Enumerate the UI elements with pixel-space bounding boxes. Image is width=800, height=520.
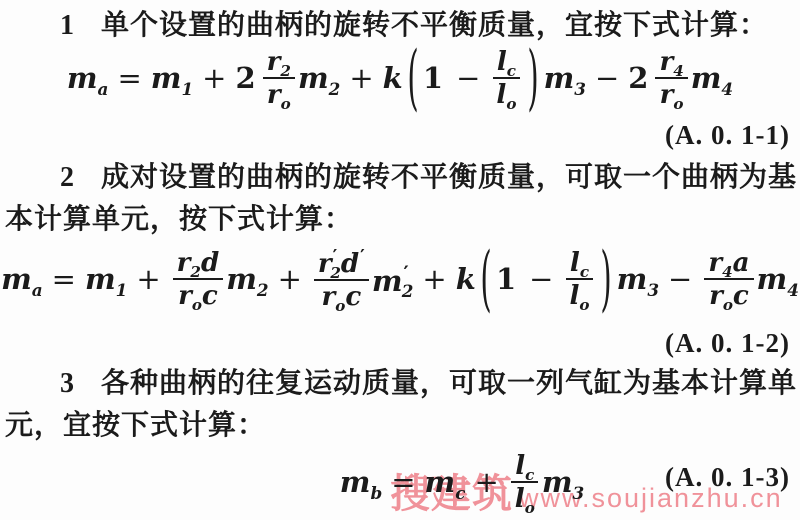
clause-1-text: 单个设置的曲柄的旋转不平衡质量，宜按下式计算： [101, 9, 768, 40]
document-page: 1单个设置的曲柄的旋转不平衡质量，宜按下式计算： ma=m1+2r2rom2+k… [0, 0, 800, 520]
formula-2: ma=m1+r2drocm2+r′2d′rocm′2+k(1−lclo)m3−r… [0, 248, 800, 311]
clause-2-number: 2 [60, 162, 75, 193]
equation-label-3: (A. 0. 1-3) [665, 462, 790, 493]
clause-3-number: 3 [60, 368, 75, 399]
clause-2-text-line2: 本计算单元，按下式计算： [0, 202, 800, 236]
clause-2: 2成对设置的曲柄的旋转不平衡质量，可取一个曲柄为基 [0, 160, 800, 195]
equation-label-2: (A. 0. 1-2) [665, 328, 790, 359]
clause-1: 1单个设置的曲柄的旋转不平衡质量，宜按下式计算： [0, 8, 800, 43]
equation-label-1: (A. 0. 1-1) [665, 120, 790, 151]
clause-1-number: 1 [60, 10, 75, 41]
clause-2-text-line1: 成对设置的曲柄的旋转不平衡质量，可取一个曲柄为基 [101, 161, 797, 192]
clause-3: 3各种曲柄的往复运动质量，可取一列气缸为基本计算单 [0, 366, 800, 401]
formula-1: ma=m1+2r2rom2+k(1−lclo)m3−2r4rom4 [0, 48, 800, 109]
clause-3-text-line1: 各种曲柄的往复运动质量，可取一列气缸为基本计算单 [101, 367, 797, 398]
clause-3-text-line2: 元，宜按下式计算： [0, 408, 800, 442]
